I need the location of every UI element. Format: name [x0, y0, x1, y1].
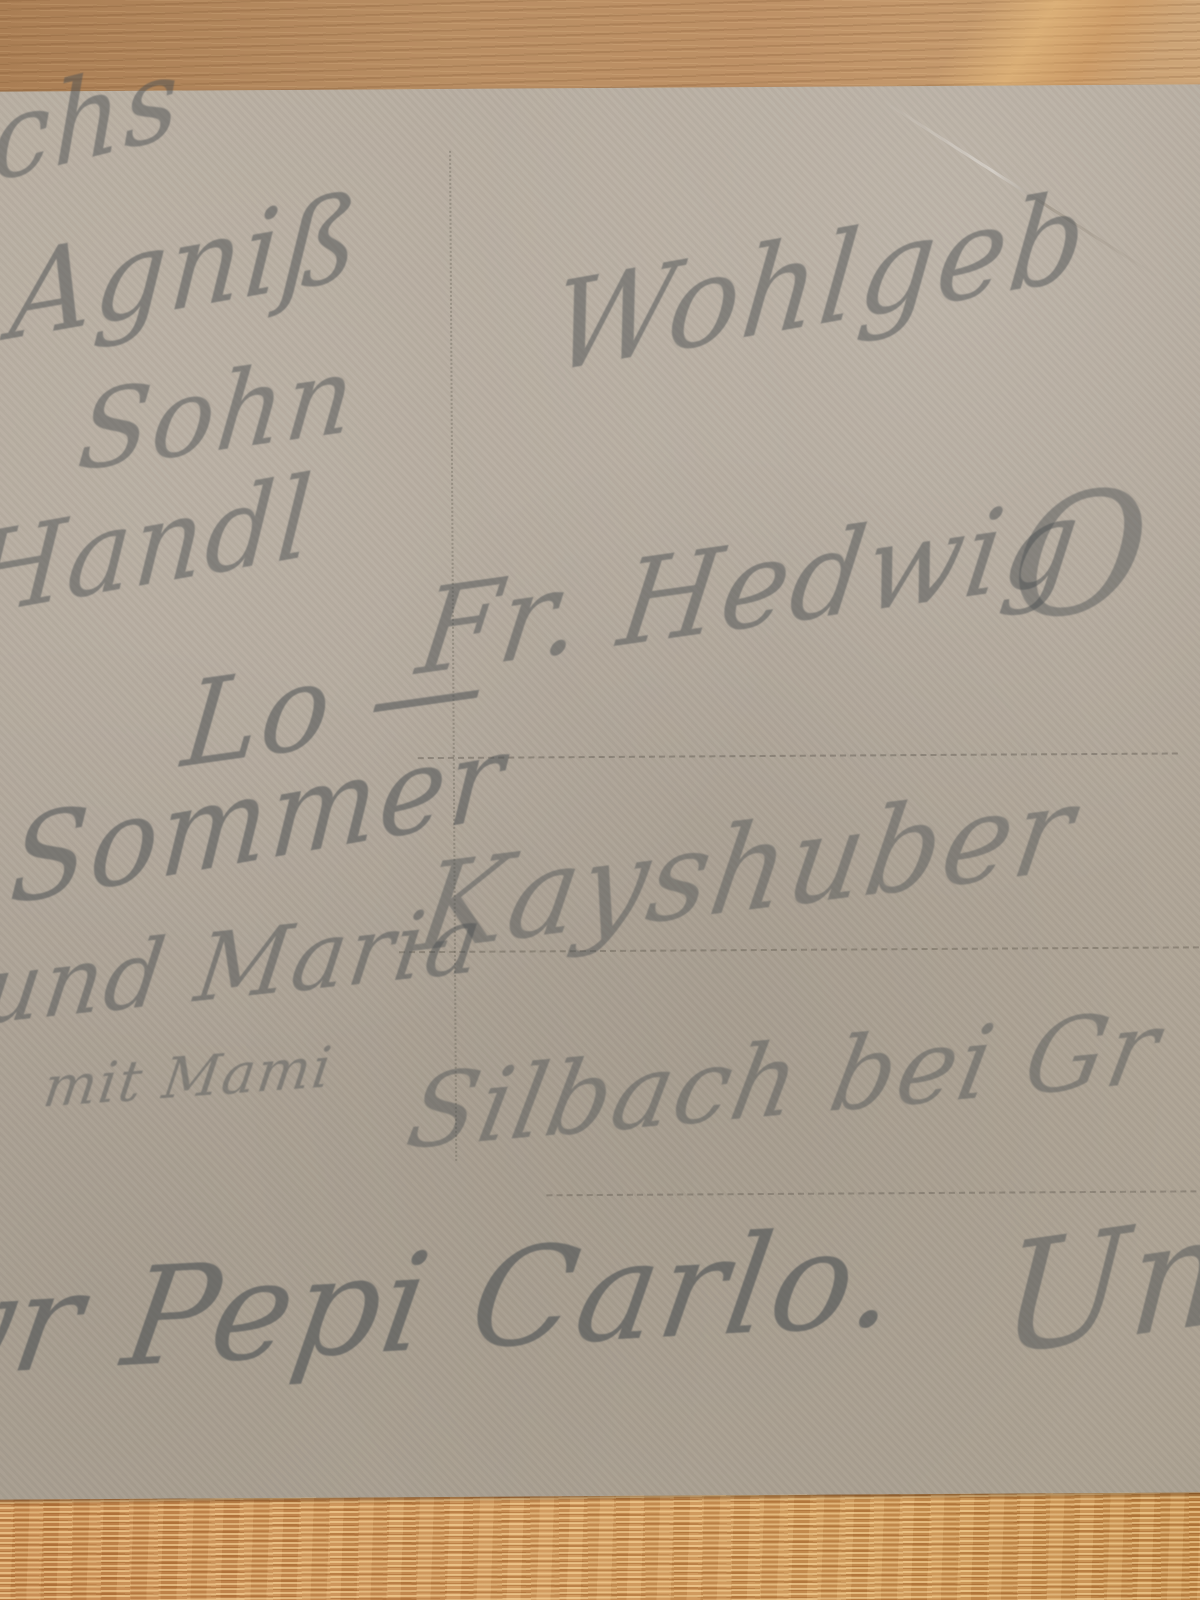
printed-address-line-3 — [546, 1190, 1200, 1196]
handwriting-right-flourish: O — [1005, 466, 1156, 645]
photo-of-postcard-on-table: ichs Agniß Sohn Handl Lo — Sommer und Ma… — [0, 0, 1200, 1600]
handwriting-right-line5: Un — [997, 1193, 1200, 1378]
printed-address-line-1 — [418, 752, 1178, 759]
wood-table-bottom-strip — [0, 1489, 1200, 1600]
